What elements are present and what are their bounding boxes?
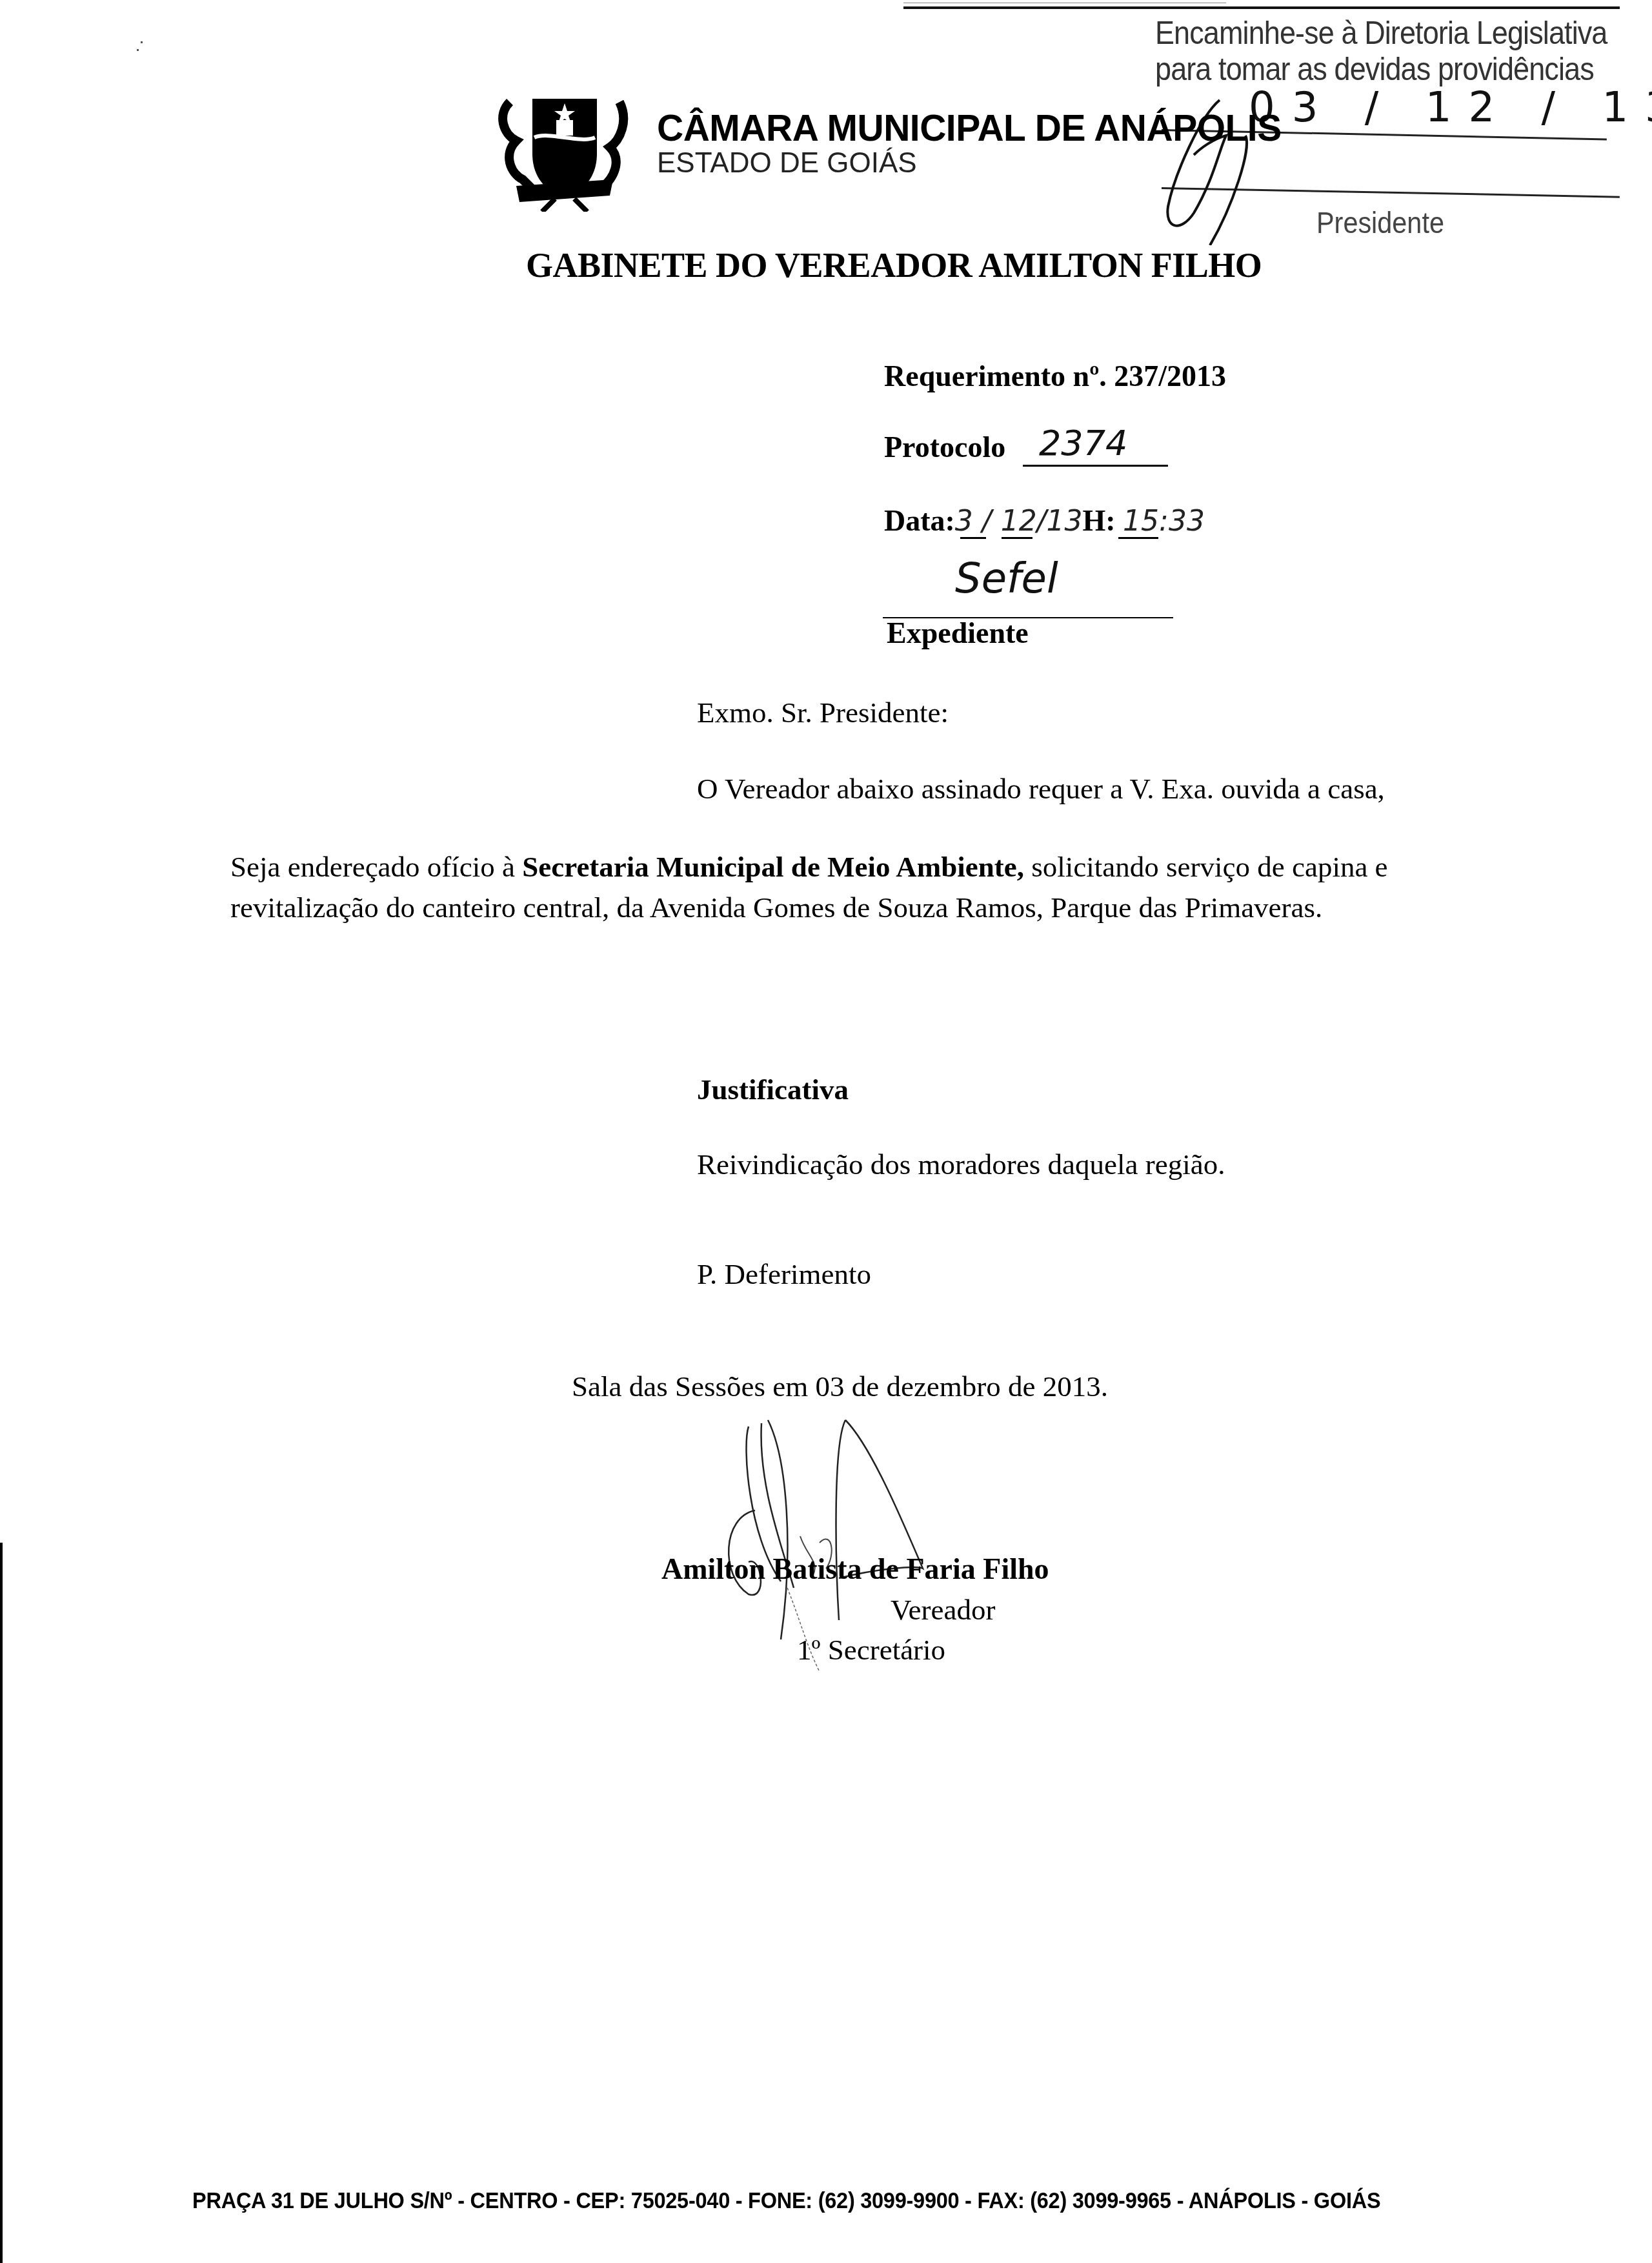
signer-role: Vereador <box>891 1593 995 1627</box>
hour-underline <box>1118 537 1158 539</box>
request-number: Requerimento nº. 237/2013 <box>884 359 1226 393</box>
cabinet-title: GABINETE DO VEREADOR AMILTON FILHO <box>526 245 1262 285</box>
stamp-president-label: Presidente <box>1316 205 1444 240</box>
scan-artifact-line <box>903 3 1226 3</box>
footer-address: PRAÇA 31 DE JULHO S/Nº - CENTRO - CEP: 7… <box>192 2188 1380 2214</box>
president-signature <box>1149 77 1316 245</box>
protocol-underline <box>1023 465 1168 467</box>
closing-text: Sala das Sessões em 03 de dezembro de 20… <box>572 1370 1108 1403</box>
date-underline <box>1002 537 1032 539</box>
expediente-label: Expediente <box>887 616 1029 650</box>
scan-speck <box>137 49 139 51</box>
signer-title: 1º Secretário <box>797 1633 945 1667</box>
paragraph-bold-text: Secretaria Municipal de Meio Ambiente, <box>522 851 1024 883</box>
date-underline <box>960 537 986 539</box>
greeting: Exmo. Sr. Presidente: <box>697 696 949 729</box>
justification-title: Justificativa <box>697 1073 849 1106</box>
scan-artifact-line <box>903 6 1620 9</box>
justification-text: Reivindicação dos moradores daquela regi… <box>697 1148 1225 1181</box>
date-label: Data: <box>884 504 955 537</box>
hour-value: 15:33 <box>1123 505 1205 538</box>
date-row: Data:3 / 12/13H: 15:33 <box>884 503 1205 538</box>
organization-name: CÂMARA MUNICIPAL DE ANÁPOLIS <box>657 107 1282 150</box>
organization-state: ESTADO DE GOIÁS <box>657 147 917 179</box>
signer-name: Amilton Batista de Faria Filho <box>661 1552 1049 1586</box>
intro-text: O Vereador abaixo assinado requer a V. E… <box>697 772 1385 806</box>
scan-speck <box>141 41 143 43</box>
expediente-signature: Sefel <box>955 555 1058 603</box>
protocol-value: 2374 <box>1039 423 1127 463</box>
paragraph-text: Seja endereçado ofício à <box>230 851 522 883</box>
stamp-line-1: Encaminhe-se à Diretoria Legislativa <box>1155 14 1607 52</box>
date-year: 13 <box>1046 505 1082 538</box>
date-day: 3 <box>955 505 973 538</box>
hour-label: H: <box>1082 504 1115 537</box>
deferral-text: P. Deferimento <box>697 1257 871 1291</box>
protocol-label: Protocolo <box>884 430 1005 464</box>
request-paragraph: Seja endereçado ofício à Secretaria Muni… <box>230 847 1521 928</box>
scan-left-border <box>0 1543 3 2263</box>
municipal-coat-of-arms-icon <box>497 76 632 212</box>
date-month: 12 <box>1001 505 1037 538</box>
